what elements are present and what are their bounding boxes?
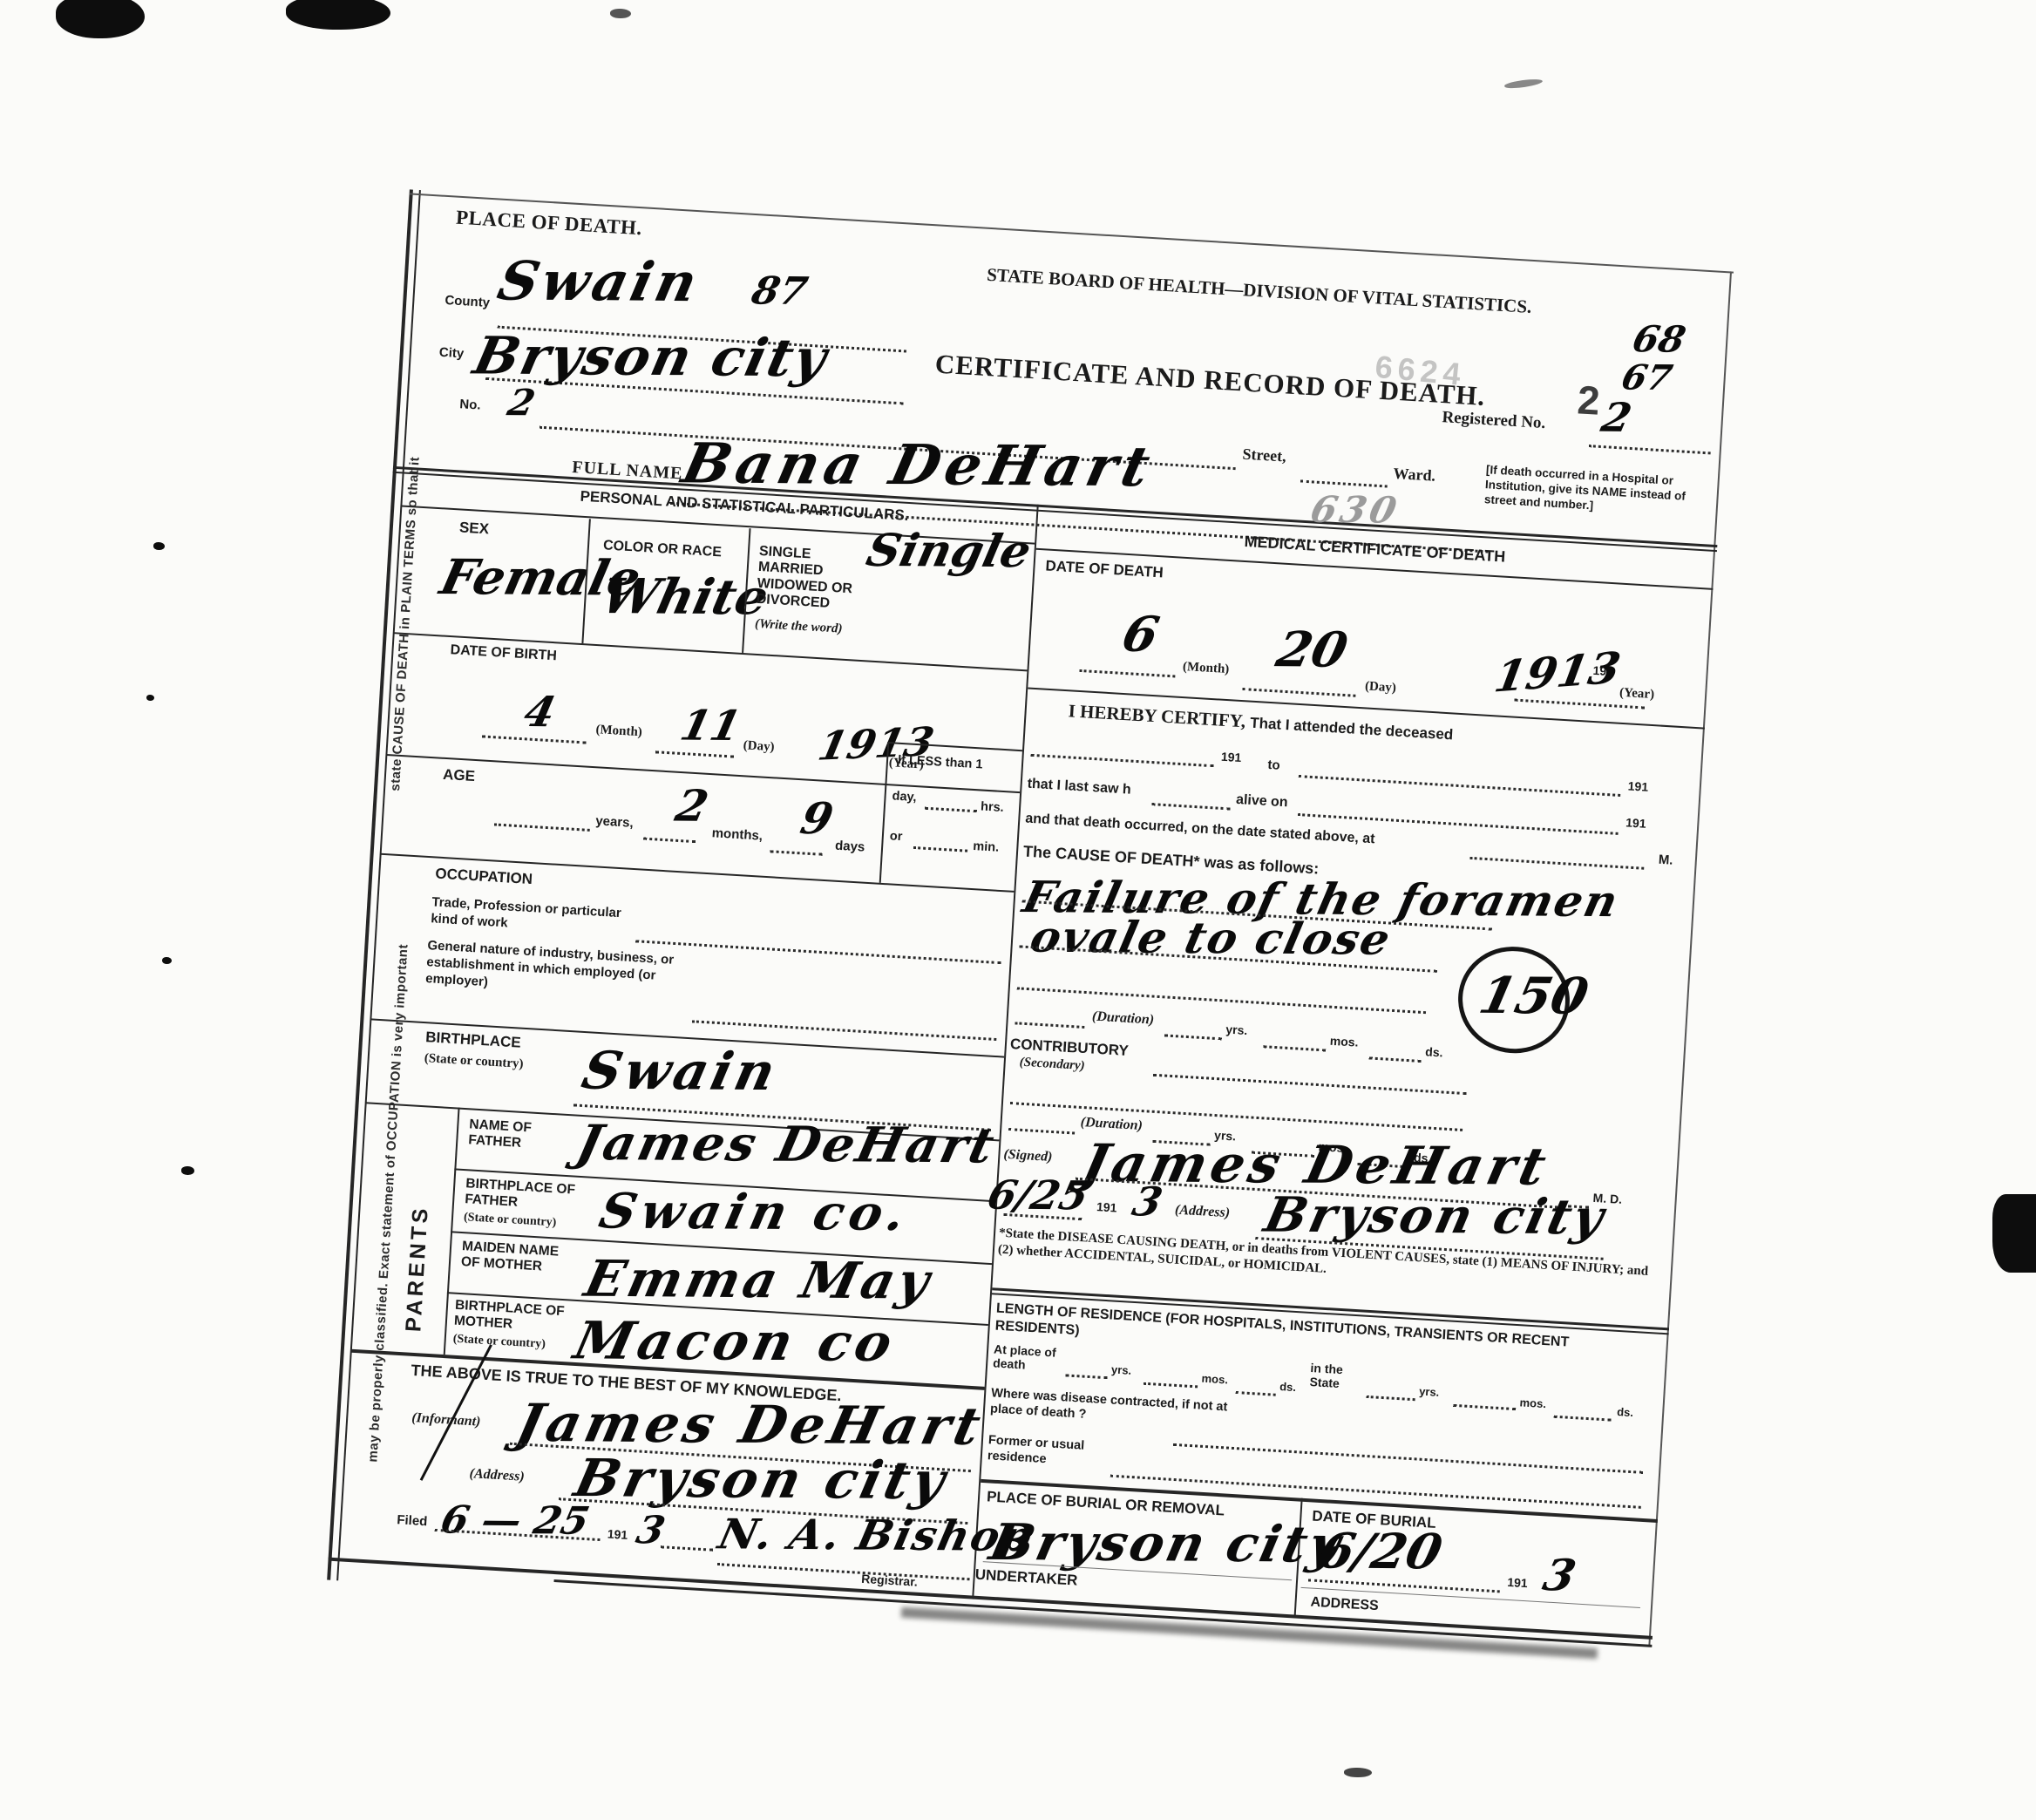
duration1-ds: ds. bbox=[1425, 1044, 1443, 1059]
less-line2: day, bbox=[892, 789, 917, 805]
instate-mos: mos. bbox=[1519, 1396, 1546, 1410]
duration1-leader1 bbox=[1164, 1013, 1223, 1040]
date-of-death-label: DATE OF DEATH bbox=[1045, 557, 1164, 581]
county-label: County bbox=[445, 293, 491, 310]
attended-to-leader bbox=[1299, 754, 1622, 797]
cause-code-value: 150 bbox=[1475, 970, 1592, 1021]
county-value: Swain bbox=[493, 255, 705, 309]
instate-yrs: yrs. bbox=[1419, 1385, 1440, 1399]
ward-label: Ward. bbox=[1393, 465, 1436, 486]
attended-from-leader bbox=[1031, 733, 1215, 767]
full-name-value: Bana DeHart bbox=[677, 437, 1159, 495]
occupation-line1-label: Trade, Profession or particular kind of … bbox=[431, 894, 633, 939]
father-name-value: James DeHart bbox=[573, 1118, 1001, 1170]
scan-artifact bbox=[56, 0, 145, 38]
last-saw-leader2 bbox=[1298, 792, 1619, 835]
age-days-value: 9 bbox=[797, 798, 837, 841]
father-birthplace-label: BIRTHPLACE OF FATHER bbox=[465, 1176, 580, 1213]
former-label: Former or usual residence bbox=[987, 1432, 1102, 1470]
dod-year-value: 1913 bbox=[1491, 646, 1624, 698]
dod-day-value: 20 bbox=[1272, 626, 1352, 675]
scan-artifact bbox=[1504, 78, 1544, 90]
less-hrs-leader bbox=[925, 786, 978, 813]
dob-day-label: (Day) bbox=[743, 738, 775, 755]
atplace-leader3 bbox=[1236, 1374, 1277, 1396]
age-days-label: days bbox=[835, 839, 865, 855]
occupation-label: OCCUPATION bbox=[435, 866, 533, 889]
dob-label: DATE OF BIRTH bbox=[450, 642, 557, 664]
informant-address-label: (Address) bbox=[469, 1466, 525, 1485]
sex-label: SEX bbox=[458, 519, 489, 538]
street-leader bbox=[1300, 445, 1389, 488]
parents-label: PARENTS bbox=[401, 1131, 438, 1333]
dob-month-label: (Month) bbox=[595, 723, 642, 740]
attended-191b: 191 bbox=[1627, 778, 1648, 793]
instate-ds: ds. bbox=[1617, 1405, 1634, 1419]
father-birthplace-value: Swain co. bbox=[595, 1187, 915, 1238]
signed-address-label: (Address) bbox=[1174, 1203, 1230, 1222]
burial-address-label: ADDRESS bbox=[1310, 1595, 1379, 1615]
duration1-mos: mos. bbox=[1329, 1034, 1359, 1049]
burial-191: 191 bbox=[1507, 1575, 1528, 1590]
atplace-yrs: yrs. bbox=[1111, 1363, 1132, 1377]
father-birthplace-hint: (State or country) bbox=[464, 1211, 557, 1230]
less-or-label: or bbox=[889, 829, 902, 844]
secondary-label: (Secondary) bbox=[1019, 1056, 1085, 1074]
annotation-67: 67 bbox=[1619, 361, 1675, 396]
annotation-68: 68 bbox=[1629, 322, 1688, 358]
death-occurred-m: M. bbox=[1658, 852, 1673, 868]
duration1-leader2 bbox=[1263, 1024, 1327, 1051]
filed-191-label: 191 bbox=[607, 1527, 628, 1542]
instate-leader1 bbox=[1367, 1378, 1416, 1401]
marital-label: SINGLE MARRIED WIDOWED OR DIVORCED bbox=[756, 544, 868, 615]
mother-birthplace-label: BIRTHPLACE OF MOTHER bbox=[454, 1298, 569, 1335]
scan-artifact bbox=[1344, 1768, 1372, 1777]
marital-hint: (Write the word) bbox=[755, 617, 843, 637]
signed-191: 191 bbox=[1096, 1199, 1117, 1214]
dod-month-label: (Month) bbox=[1182, 660, 1229, 677]
scan-artifact bbox=[162, 957, 172, 964]
in-state-label: in the State bbox=[1309, 1361, 1363, 1392]
father-name-label: NAME OF FATHER bbox=[468, 1117, 566, 1153]
occupation-line2-label: General nature of industry, business, or… bbox=[425, 938, 689, 1002]
place-of-death-label: PLACE OF DEATH. bbox=[455, 207, 642, 241]
no-value: 2 bbox=[505, 385, 539, 422]
at-place-label: At place of death bbox=[993, 1341, 1064, 1374]
county-number: 87 bbox=[749, 273, 811, 311]
attended-to-label: to bbox=[1267, 757, 1280, 773]
less-min-leader bbox=[913, 825, 968, 852]
certify-rest: That I attended the deceased bbox=[1250, 715, 1454, 744]
age-years-leader bbox=[494, 798, 592, 831]
scanned-page: state CAUSE OF DEATH in PLAIN TERMS so t… bbox=[0, 0, 2036, 1820]
dod-day-label: (Day) bbox=[1365, 679, 1397, 696]
mother-birthplace-hint: (State or country) bbox=[452, 1333, 546, 1352]
duration1-leader0 bbox=[1015, 1001, 1085, 1029]
birthplace-hint: (State or country) bbox=[424, 1051, 524, 1072]
signed-label: (Signed) bbox=[1003, 1147, 1053, 1165]
mother-name-value: Emma May bbox=[580, 1253, 937, 1306]
birthplace-label: BIRTHPLACE bbox=[425, 1029, 522, 1051]
marital-value: Single bbox=[863, 528, 1035, 574]
dod-year-label: (Year) bbox=[1619, 686, 1655, 703]
atplace-mos: mos. bbox=[1201, 1372, 1228, 1387]
age-label: AGE bbox=[443, 766, 476, 785]
street-label: Street, bbox=[1242, 445, 1286, 466]
atplace-ds: ds. bbox=[1279, 1380, 1297, 1394]
occupation-line2-leader bbox=[692, 997, 998, 1041]
instate-leader2 bbox=[1453, 1387, 1517, 1410]
duration1-yrs: yrs. bbox=[1225, 1022, 1248, 1037]
scan-artifact bbox=[153, 542, 165, 550]
scan-artifact bbox=[181, 1166, 194, 1175]
duration2-leader0 bbox=[1008, 1107, 1076, 1134]
duration1-leader3 bbox=[1369, 1036, 1422, 1063]
place-of-burial-value: Bryson city bbox=[986, 1517, 1347, 1569]
city-value: Bryson city bbox=[469, 330, 832, 384]
death-certificate: state CAUSE OF DEATH in PLAIN TERMS so t… bbox=[292, 187, 1736, 1660]
last-saw-leader1 bbox=[1152, 782, 1232, 810]
board-title: STATE BOARD OF HEALTH—DIVISION OF VITAL … bbox=[893, 259, 1625, 324]
less-min-label: min. bbox=[973, 839, 1000, 855]
duration1-label: (Duration) bbox=[1091, 1009, 1154, 1029]
alive-on-label: alive on bbox=[1236, 792, 1289, 812]
mother-birthplace-value: Macon co bbox=[570, 1315, 901, 1369]
burial-date-leader bbox=[1308, 1559, 1501, 1592]
dob-day-value: 11 bbox=[676, 705, 744, 747]
atplace-leader1 bbox=[1065, 1356, 1108, 1379]
registrar-label: Registrar. bbox=[861, 1572, 918, 1589]
contracted-label: Where was disease contracted, if not at … bbox=[990, 1385, 1245, 1431]
signed-date-leader bbox=[1003, 1192, 1082, 1220]
age-months-label: months, bbox=[711, 825, 763, 843]
registered-leader bbox=[1589, 413, 1713, 454]
filed-label: Filed bbox=[397, 1512, 428, 1529]
registered-no-label: Registered No. bbox=[1442, 408, 1546, 433]
attended-191a: 191 bbox=[1221, 750, 1242, 764]
less-hrs-label: hrs. bbox=[981, 799, 1004, 815]
occupation-line1-leader bbox=[635, 917, 1002, 964]
mother-name-label: MAIDEN NAME OF MOTHER bbox=[461, 1239, 576, 1276]
name-number-pencil: 630 bbox=[1307, 492, 1403, 528]
last-saw-191: 191 bbox=[1625, 815, 1646, 830]
age-years-label: years, bbox=[595, 813, 634, 831]
burial-year-suffix: 3 bbox=[1539, 1554, 1579, 1598]
hospital-note: [If death occurred in a Hospital or Inst… bbox=[1483, 463, 1691, 519]
filed-leader2 bbox=[661, 1525, 714, 1552]
duration2-label: (Duration) bbox=[1080, 1115, 1143, 1134]
last-saw-label: that I last saw h bbox=[1027, 777, 1131, 798]
age-months-value: 2 bbox=[672, 784, 712, 828]
scan-artifact bbox=[286, 0, 390, 30]
certify-lead: I HEREBY CERTIFY, bbox=[1068, 700, 1246, 731]
instate-leader3 bbox=[1554, 1398, 1612, 1422]
scan-artifact bbox=[146, 695, 154, 701]
scan-artifact bbox=[610, 9, 631, 18]
no-label: No. bbox=[459, 397, 481, 412]
scan-artifact bbox=[1992, 1194, 2036, 1273]
death-occurred-leader bbox=[1469, 836, 1645, 870]
atplace-leader2 bbox=[1144, 1365, 1198, 1389]
city-label: City bbox=[438, 345, 464, 362]
